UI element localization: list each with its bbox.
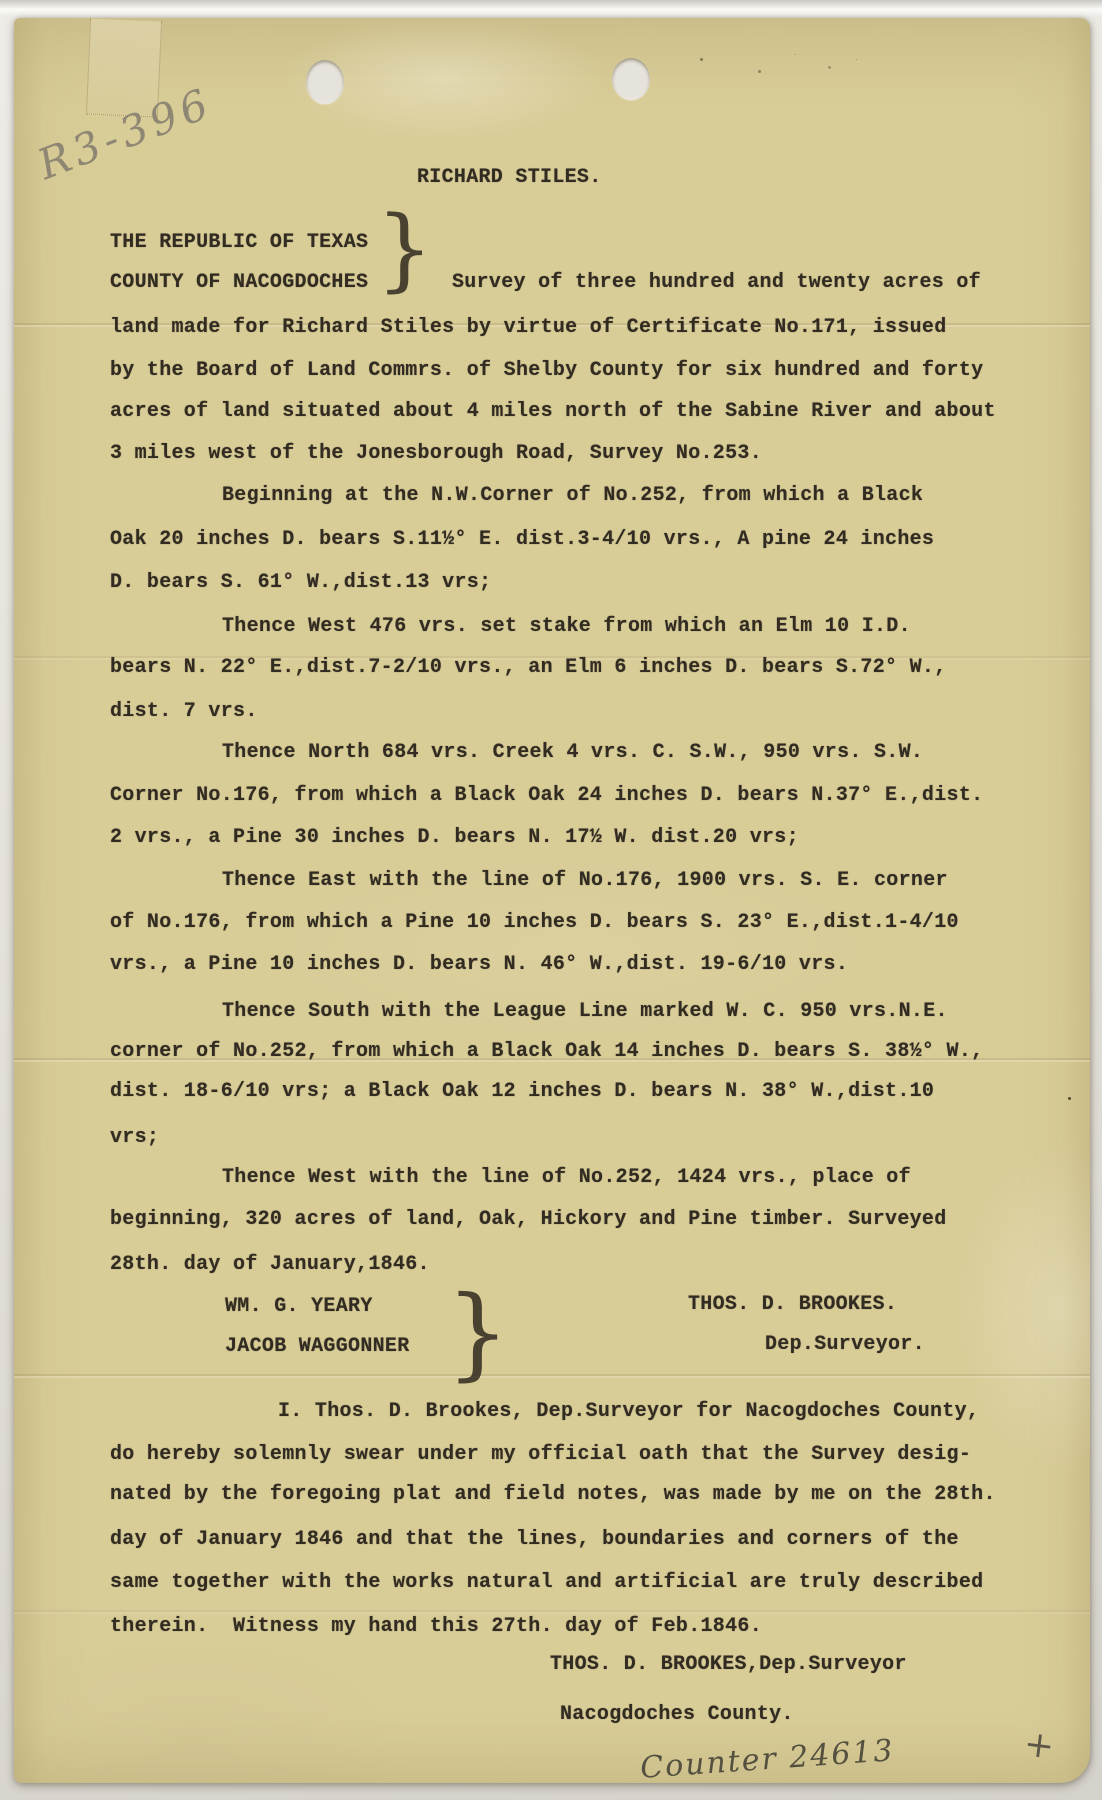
body-line: dist. 7 vrs. [110,699,258,725]
jurisdiction-line-county: COUNTY OF NACOGDOCHES [110,270,368,296]
scanned-document-background: R3-396 Counter 24613 + RICHARD STILES. T… [0,0,1102,1800]
surveyor-name: THOS. D. BROOKES. [688,1292,897,1318]
body-line: dist. 18-6/10 vrs; a Black Oak 12 inches… [110,1079,934,1105]
body-line: by the Board of Land Commrs. of Shelby C… [110,358,983,384]
document-title: RICHARD STILES. [417,165,602,191]
body-line: 2 vrs., a Pine 30 inches D. bears N. 17½… [110,825,799,851]
affidavit-line: nated by the foregoing plat and field no… [110,1482,996,1508]
closing-signature-name: THOS. D. BROOKES,Dep.Surveyor [550,1652,907,1678]
punch-hole-left [306,60,344,104]
body-line: 28th. day of January,1846. [110,1252,430,1278]
ink-specks [700,58,703,61]
body-line: Thence North 684 vrs. Creek 4 vrs. C. S.… [222,740,923,766]
affidavit-line: day of January 1846 and that the lines, … [110,1527,959,1553]
witness-brace: } [446,1283,510,1383]
body-line: Thence West with the line of No.252, 142… [222,1165,911,1191]
handwritten-cross-mark: + [1022,1726,1056,1765]
surveyor-title: Dep.Surveyor. [765,1332,925,1358]
affidavit-line: therein. Witness my hand this 27th. day … [110,1614,762,1640]
body-line: D. bears S. 61° W.,dist.13 vrs; [110,570,491,596]
body-line: Oak 20 inches D. bears S.11½° E. dist.3-… [110,527,934,553]
body-line: beginning, 320 acres of land, Oak, Hicko… [110,1207,947,1233]
affidavit-line: same together with the works natural and… [110,1570,983,1596]
body-line: Corner No.176, from which a Black Oak 24… [110,783,983,809]
witness-name-2: JACOB WAGGONNER [225,1334,410,1360]
body-line: vrs., a Pine 10 inches D. bears N. 46° W… [110,952,848,978]
body-line: Thence West 476 vrs. set stake from whic… [222,614,911,640]
body-line: Thence East with the line of No.176, 190… [222,868,948,894]
body-line: 3 miles west of the Jonesborough Road, S… [110,441,762,467]
body-line: corner of No.252, from which a Black Oak… [110,1039,983,1065]
body-line: acres of land situated about 4 miles nor… [110,399,996,425]
body-line: land made for Richard Stiles by virtue o… [110,315,947,341]
survey-opening-line: Survey of three hundred and twenty acres… [452,270,981,296]
jurisdiction-line-republic: THE REPUBLIC OF TEXAS [110,230,368,256]
body-line: Thence South with the League Line marked… [222,999,948,1025]
body-line: bears N. 22° E.,dist.7-2/10 vrs., an Elm… [110,655,947,681]
witness-name-1: WM. G. YEARY [225,1294,373,1320]
affidavit-line: do hereby solemnly swear under my offici… [110,1442,971,1468]
fold-crease [14,1374,1090,1378]
jurisdiction-brace: } [376,205,433,295]
closing-signature-county: Nacogdoches County. [560,1702,794,1728]
body-line: Beginning at the N.W.Corner of No.252, f… [222,483,923,509]
punch-hole-right [612,58,650,100]
body-line: vrs; [110,1125,159,1151]
affidavit-line: I. Thos. D. Brookes, Dep.Surveyor for Na… [278,1399,979,1425]
body-line: of No.176, from which a Pine 10 inches D… [110,910,959,936]
